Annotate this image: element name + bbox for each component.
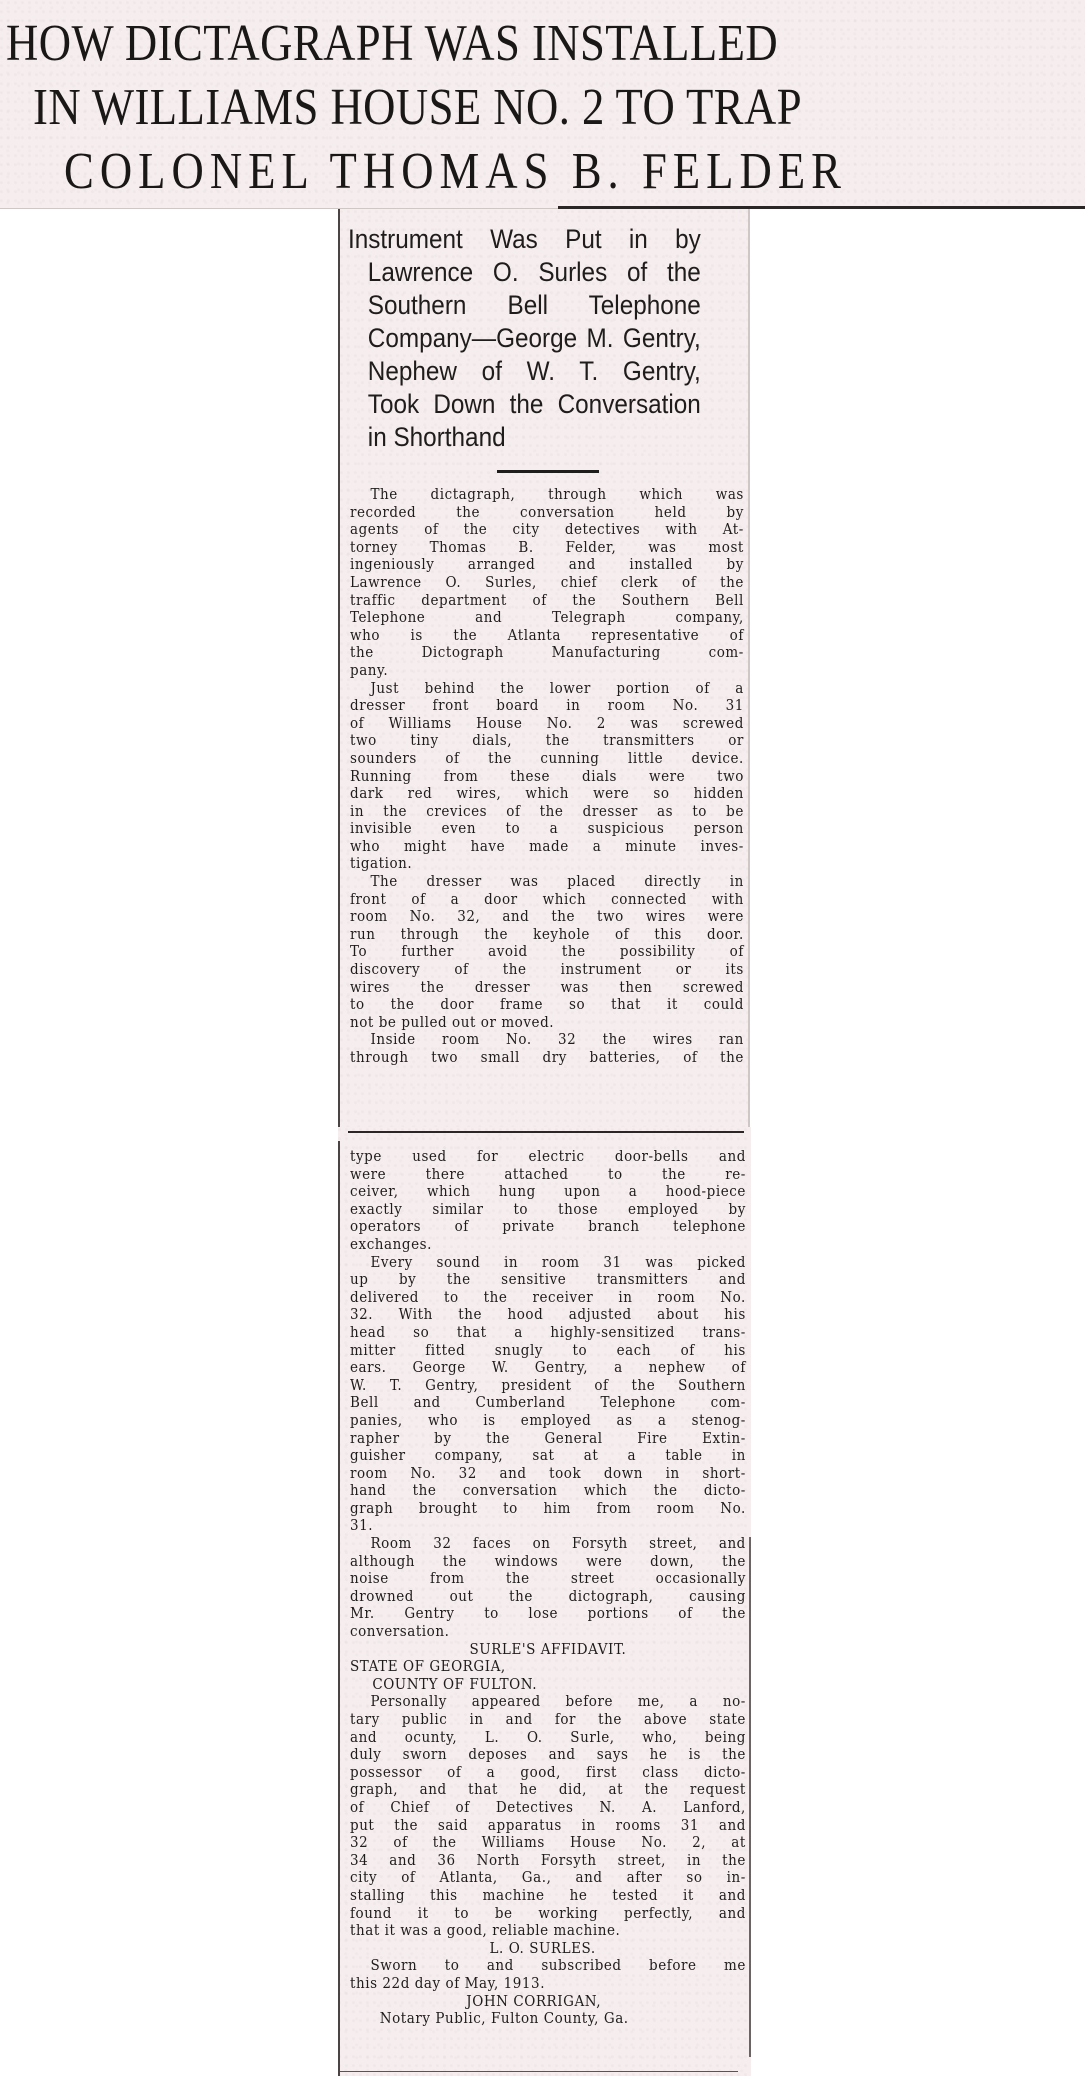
body-line: ceiver, which hung upon a hood-piece xyxy=(350,1184,746,1202)
notary-name: JOHN CORRIGAN, xyxy=(350,1994,746,2012)
subheadline-deck: Instrument Was Put in by Lawrence O. Sur… xyxy=(348,223,701,454)
body-line: who might have made a minute inves- xyxy=(350,839,744,857)
body-line: W. T. Gentry, president of the Southern xyxy=(350,1378,746,1396)
body-line: city of Atlanta, Ga., and after so in- xyxy=(350,1870,746,1888)
article-body-part-1: The dictagraph, through which wasrecorde… xyxy=(350,487,744,1068)
body-line: rapher by the General Fire Extin- xyxy=(350,1431,746,1449)
body-line: up by the sensitive transmitters and xyxy=(350,1272,746,1290)
body-line: invisible even to a suspicious person xyxy=(350,821,744,839)
body-line: drowned out the dictograph, causing xyxy=(350,1589,746,1607)
body-line: run through the keyhole of this door. xyxy=(350,927,744,945)
body-line: conversation. xyxy=(350,1624,746,1642)
body-line: stalling this machine he tested it and xyxy=(350,1888,746,1906)
body-line: of Williams House No. 2 was screwed xyxy=(350,716,744,734)
sworn-line: Sworn to and subscribed before me xyxy=(350,1958,746,1976)
body-line: dark red wires, which were so hidden xyxy=(350,786,744,804)
deck-line: Instrument Was Put in by xyxy=(348,223,701,256)
headline-line-2: IN WILLIAMS HOUSE NO. 2 TO TRAP xyxy=(33,78,802,137)
body-line: of Chief of Detectives N. A. Lanford, xyxy=(350,1800,746,1818)
deck-line: Nephew of W. T. Gentry, xyxy=(348,355,701,388)
body-line: Bell and Cumberland Telephone com- xyxy=(350,1395,746,1413)
affidavit-state: STATE OF GEORGIA, xyxy=(350,1659,746,1677)
body-line: To further avoid the possibility of xyxy=(350,944,744,962)
body-line: Room 32 faces on Forsyth street, and xyxy=(350,1536,746,1554)
body-line: tary public in and for the above state xyxy=(350,1712,746,1730)
body-line: 32. With the hood adjusted about his xyxy=(350,1307,746,1325)
body-line: found it to be working perfectly, and xyxy=(350,1906,746,1924)
body-line: Personally appeared before me, a no- xyxy=(350,1694,746,1712)
headline-line-1: HOW DICTAGRAPH WAS INSTALLED xyxy=(6,14,778,73)
body-line: recorded the conversation held by xyxy=(350,505,744,523)
body-line: agents of the city detectives with At- xyxy=(350,522,744,540)
deck-line: in Shorthand xyxy=(348,421,701,454)
body-line: that it was a good, reliable machine. xyxy=(350,1923,746,1941)
body-line: traffic department of the Southern Bell xyxy=(350,593,744,611)
body-line: Running from these dials were two xyxy=(350,769,744,787)
headline-line-3: COLONEL THOMAS B. FELDER xyxy=(64,142,847,201)
body-line: dresser front board in room No. 31 xyxy=(350,698,744,716)
body-line: mitter fitted snugly to each of his xyxy=(350,1343,746,1361)
body-line: room No. 32 and took down in short- xyxy=(350,1466,746,1484)
body-line: torney Thomas B. Felder, was most xyxy=(350,540,744,558)
body-line: discovery of the instrument or its xyxy=(350,962,744,980)
deck-line: Southern Bell Telephone xyxy=(348,289,701,322)
body-line: Mr. Gentry to lose portions of the xyxy=(350,1606,746,1624)
body-line: the Dictograph Manufacturing com- xyxy=(350,645,744,663)
body-line: The dictagraph, through which was xyxy=(350,487,744,505)
deck-line: Took Down the Conversation xyxy=(348,388,701,421)
body-line: possessor of a good, first class dicto- xyxy=(350,1765,746,1783)
column-edge xyxy=(338,1141,340,2076)
body-line: two tiny dials, the transmitters or xyxy=(350,733,744,751)
body-line: operators of private branch telephone xyxy=(350,1219,746,1237)
body-line: The dresser was placed directly in xyxy=(350,874,744,892)
body-line: exactly similar to those employed by xyxy=(350,1202,746,1220)
body-line: who is the Atlanta representative of xyxy=(350,628,744,646)
body-line: room No. 32, and the two wires were xyxy=(350,909,744,927)
article-column-part-2: type used for electric door-bells andwer… xyxy=(338,1127,751,2076)
body-line: to the door frame so that it could xyxy=(350,997,744,1015)
body-line: noise from the street occasionally xyxy=(350,1571,746,1589)
body-line: Inside room No. 32 the wires ran xyxy=(350,1032,744,1050)
body-line: and ocunty, L. O. Surle, who, being xyxy=(350,1730,746,1748)
body-line: hand the conversation which the dicto- xyxy=(350,1483,746,1501)
headline-banner: HOW DICTAGRAPH WAS INSTALLED IN WILLIAMS… xyxy=(0,0,1085,209)
body-line: exchanges. xyxy=(350,1237,746,1255)
body-line: ingeniously arranged and installed by xyxy=(350,557,744,575)
article-column-part-1: Instrument Was Put in by Lawrence O. Sur… xyxy=(338,209,748,1127)
body-line: wires the dresser was then screwed xyxy=(350,980,744,998)
body-line: 31. xyxy=(350,1518,746,1536)
body-line: panies, who is employed as a stenog- xyxy=(350,1413,746,1431)
column-edge xyxy=(748,209,750,1127)
affidavit-signature: L. O. SURLES. xyxy=(350,1941,746,1959)
body-line: sounders of the cunning little device. xyxy=(350,751,744,769)
body-line: 34 and 36 North Forsyth street, in the xyxy=(350,1853,746,1871)
column-cut-divider xyxy=(348,1131,744,1133)
notary-title: Notary Public, Fulton County, Ga. xyxy=(350,2011,746,2029)
body-line: type used for electric door-bells and xyxy=(350,1149,746,1167)
body-line: duly sworn deposes and says he is the xyxy=(350,1747,746,1765)
sworn-line: this 22d day of May, 1913. xyxy=(350,1976,746,1994)
body-line: delivered to the receiver in room No. xyxy=(350,1290,746,1308)
body-line: in the crevices of the dresser as to be xyxy=(350,804,744,822)
body-line: pany. xyxy=(350,663,744,681)
body-line: 32 of the Williams House No. 2, at xyxy=(350,1835,746,1853)
affidavit-county: COUNTY OF FULTON. xyxy=(350,1677,746,1695)
deck-line: Company—George M. Gentry, xyxy=(348,322,701,355)
deck-divider xyxy=(497,470,599,473)
body-line: through two small dry batteries, of the xyxy=(350,1050,744,1068)
column-edge xyxy=(749,1537,751,2057)
body-line: graph brought to him from room No. xyxy=(350,1501,746,1519)
column-bottom-rule xyxy=(340,2071,738,2072)
article-body-part-2: type used for electric door-bells andwer… xyxy=(350,1149,746,2029)
deck-line: Lawrence O. Surles of the xyxy=(348,256,701,289)
body-line: were there attached to the re- xyxy=(350,1167,746,1185)
body-line: graph, and that he did, at the request xyxy=(350,1782,746,1800)
body-line: head so that a highly-sensitized trans- xyxy=(350,1325,746,1343)
article-paragraphs: type used for electric door-bells andwer… xyxy=(350,1149,746,1642)
body-line: ears. George W. Gentry, a nephew of xyxy=(350,1360,746,1378)
body-line: Telephone and Telegraph company, xyxy=(350,610,744,628)
body-line: Just behind the lower portion of a xyxy=(350,681,744,699)
body-line: not be pulled out or moved. xyxy=(350,1015,744,1033)
body-line: guisher company, sat at a table in xyxy=(350,1448,746,1466)
affidavit-heading: SURLE'S AFFIDAVIT. xyxy=(350,1642,746,1660)
body-line: Every sound in room 31 was picked xyxy=(350,1255,746,1273)
body-line: tigation. xyxy=(350,856,744,874)
body-line: although the windows were down, the xyxy=(350,1554,746,1572)
body-line: Lawrence O. Surles, chief clerk of the xyxy=(350,575,744,593)
body-line: put the said apparatus in rooms 31 and xyxy=(350,1818,746,1836)
body-line: front of a door which connected with xyxy=(350,892,744,910)
affidavit-body: Personally appeared before me, a no-tary… xyxy=(350,1694,746,1940)
